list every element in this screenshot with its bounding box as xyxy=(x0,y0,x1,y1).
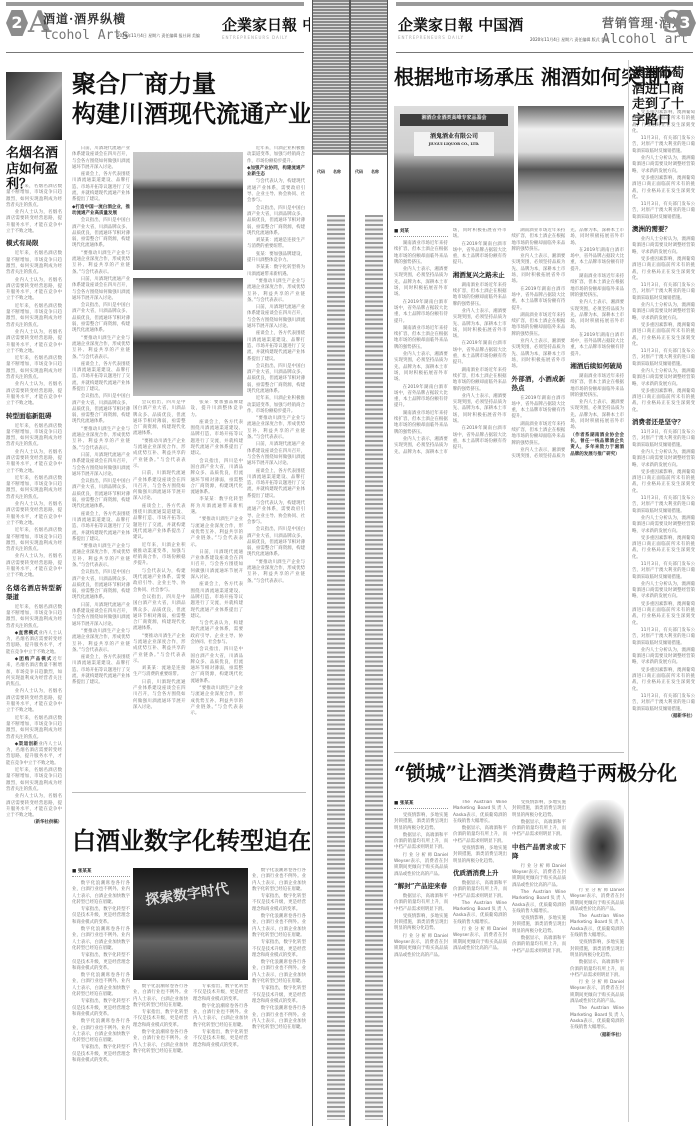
main-subhead: ◆加强产业协同，构建流通产业新生态 xyxy=(247,166,305,179)
main-headline-line2: 构建川酒现代流通产业体系 xyxy=(72,100,310,128)
section-divider xyxy=(394,752,624,753)
lockdown-subhead: 优质酒消费上升 xyxy=(453,869,507,878)
lockdown-article-body: ■ 张某某 受疫情影响，多地实施封锁措施，酒类消费呈现出明显的两极分化趋势。 数… xyxy=(394,800,566,1122)
wine-glasses-photo xyxy=(570,800,624,884)
hunan-subhead: 外部酒，小酒成新热点 xyxy=(512,375,566,393)
byline: ■ 张某某 xyxy=(394,800,448,809)
hunan-subhead: 湘酒复兴之路未止 xyxy=(453,271,507,280)
tasting-event-photo: 湘酒企业酒类高峰专家品鉴会 酒鬼酒业有限公司 JIUGUI LIQUOR CO.… xyxy=(394,106,514,221)
sidebar-sign-off: （新华社供稿） xyxy=(6,820,62,826)
masthead-en: ENTREPRENEURS DAILY xyxy=(398,35,464,40)
right-page: 企業家日報 中国酒 ENTREPRENEURS DAILY 2020年11月4日… xyxy=(390,0,699,1126)
masthead-en: ENTREPRENEURS DAILY xyxy=(222,35,288,40)
liquor-store-photo xyxy=(6,72,62,140)
main-headline-line1: 聚合厂商力量 xyxy=(72,70,216,98)
lockdown-headline: “锁城”让酒类消费趋于两极分化 xyxy=(394,762,677,785)
header-rule xyxy=(6,52,304,53)
australia-sign-off: （据新华社） xyxy=(632,714,695,720)
dateline: 2020年11月4日 星期六 责任编辑 报社网 美编 xyxy=(117,33,200,39)
page-number-badge: 2 xyxy=(6,10,28,36)
main-article-col1: 日前，川酒现代流通产业体系建设座谈会在四川召开，与会各方围绕如何做强川酒流通环节… xyxy=(72,146,130,786)
left-page: 2 A 酒道·酒界纵横 lcohol Arts 2020年11月4日 星期六 责… xyxy=(0,0,310,1126)
digital-article-col2: 数字化浪潮席卷各行各业，白酒行业也不例外。业内人士表示，白酒企业加快数字化转型已… xyxy=(133,984,248,1124)
masthead: 企業家日報 中国酒 xyxy=(222,14,310,35)
listing-rows xyxy=(327,215,345,1120)
sidebar-subhead: 转型面临新阻碍 xyxy=(6,412,62,421)
listing-dense-block xyxy=(313,0,349,155)
lockdown-subhead: 中档产品需求或下降 xyxy=(512,843,566,861)
photo-caption: 探索数字时代 xyxy=(144,878,230,909)
australia-subhead: 消费者还是坚守？ xyxy=(632,418,695,427)
header-rule xyxy=(396,52,693,53)
listing-rows xyxy=(365,215,383,1120)
lockdown-subhead: “解封”产品迎来春 xyxy=(394,882,448,891)
section-title: 酒道·酒界纵横 xyxy=(43,10,126,27)
hunan-headline: 根据地市场承压 湘酒如何突围? xyxy=(394,66,673,89)
mountain-distillery-photo xyxy=(133,152,243,270)
listing-dense-block xyxy=(351,0,387,155)
stock-listing-gutter: 代码 名称 代码 名称 xyxy=(310,0,390,1126)
hunan-subhead: 湘酒后续如何破局 xyxy=(570,362,624,371)
byline: ■ 刘某 xyxy=(394,228,448,237)
hunan-article-body: ■ 刘某 湖南酒业市场近年来持续扩容，但本土酒企在根据地市场的份额却面临外来品牌… xyxy=(394,228,624,728)
dateline: 2020年11月4日 星期六 责任编辑 版式 美编 xyxy=(530,37,609,43)
main-article-col2: 会议指出，四川是中国白酒产业大省，川酒品牌众多、品质优良，但流通环节相对薄弱，亟… xyxy=(133,400,243,785)
column-divider xyxy=(65,140,66,1120)
main-subhead: ◆打造中国一流白酒企业，推动流通产业高质量发展 xyxy=(72,205,130,218)
lockdown-sign-off: （据新华社） xyxy=(570,1033,624,1039)
listing-column-left: 代码 名称 xyxy=(312,0,350,1126)
listing-header: 代码 名称 xyxy=(313,167,349,177)
event-banner: 湘酒企业酒类高峰专家品鉴会 xyxy=(400,114,508,126)
digital-event-photo: 探索数字时代 xyxy=(133,868,248,980)
lockdown-article-col4: 行业分析师Daniel Weyser表示，消费者在封锁期间更倾向于购买高品质酒品… xyxy=(570,888,624,1122)
sidebar-subhead: 名烟名酒店转型新渠道 xyxy=(6,584,62,602)
company-sign: 酒鬼酒业有限公司 JIUGUI LIQUOR CO., LTD. xyxy=(414,132,494,156)
australia-article-body: 受多重因素影响，澳洲葡萄酒进口商正面临前所未有的挑战，行业格局正在发生深刻变化。… xyxy=(632,110,695,1124)
sidebar-subhead: 模式有局限 xyxy=(6,239,62,248)
sidebar-article-body: 近年来，名烟名酒店数量不断增加，市场竞争日趋激烈，如何实现盈利成为经营者关注的焦… xyxy=(6,184,62,1124)
australia-subhead: 澳洲的需要？ xyxy=(632,225,695,234)
boardroom-meeting-photo xyxy=(518,106,624,221)
author-note: （作者系湖南酒业协会会长，曾任一线品牌酒企负责人，多年来致力于湘酒品牌的发展与推… xyxy=(570,433,624,458)
meeting-room-photo xyxy=(133,278,243,396)
listing-header: 代码 名称 xyxy=(351,167,387,177)
listing-column-right: 代码 名称 xyxy=(350,0,388,1126)
byline: ■ 张某某 xyxy=(72,868,130,877)
digital-article-col3: 数字化浪潮席卷各行各业，白酒行业也不例外。业内人士表示，白酒企业加快数字化转型已… xyxy=(252,868,306,1124)
digital-headline: 白酒业数字化转型迫在眉睫 xyxy=(72,827,310,855)
digital-article-col1: ■ 张某某 数字化浪潮席卷各行各业，白酒行业也不例外。业内人士表示，白酒企业加快… xyxy=(72,868,130,1124)
section-divider xyxy=(72,792,306,793)
main-article-col3: 近年来，川酒企业积极推动渠道变革，加强与经销商合作，市场份额稳步提升。 ◆加强产… xyxy=(247,146,305,786)
masthead: 企業家日報 中国酒 xyxy=(398,14,523,35)
column-divider xyxy=(628,60,629,1122)
top-rule xyxy=(396,2,693,6)
